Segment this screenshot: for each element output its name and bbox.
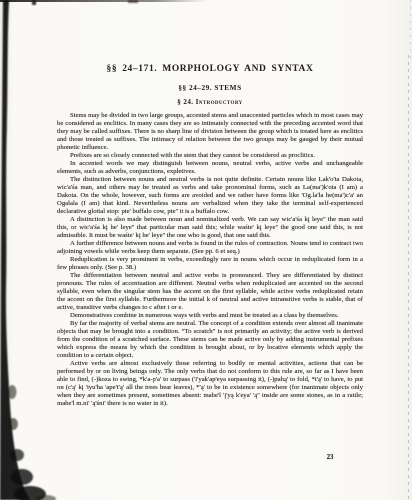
paragraph: In accented words we may distinguish bet… xyxy=(57,160,363,176)
paragraph: Reduplication is very prominent in verbs… xyxy=(57,256,363,272)
scanned-book-page: §§ 24–171. MORPHOLOGY AND SYNTAX §§ 24–2… xyxy=(0,0,412,500)
page-number: 23 xyxy=(318,454,342,461)
section-heading: §§ 24–29. STEMS xyxy=(57,83,363,92)
paragraph: Demonstratives combine in numerous ways … xyxy=(57,312,363,320)
paragraph: By far the majority of verbal stems are … xyxy=(57,320,363,360)
body-text: Stems may be divided in two large groups… xyxy=(57,112,363,408)
paragraph: Prefixes are so closely connected with t… xyxy=(57,152,363,160)
subsection-heading: § 24. Introductory xyxy=(57,98,363,106)
paragraph: A further difference between nouns and v… xyxy=(57,240,363,256)
paragraph: Active verbs are almost exclusively thos… xyxy=(57,360,363,408)
paragraph: The distinction between nouns and neutra… xyxy=(57,176,363,216)
paragraph: The differentiation between neutral and … xyxy=(57,272,363,312)
text-block: §§ 24–171. MORPHOLOGY AND SYNTAX §§ 24–2… xyxy=(57,64,363,408)
paragraph: Stems may be divided in two large groups… xyxy=(57,112,363,152)
chapter-heading: §§ 24–171. MORPHOLOGY AND SYNTAX xyxy=(57,64,363,74)
paragraph: A distinction is also made between noun … xyxy=(57,216,363,240)
